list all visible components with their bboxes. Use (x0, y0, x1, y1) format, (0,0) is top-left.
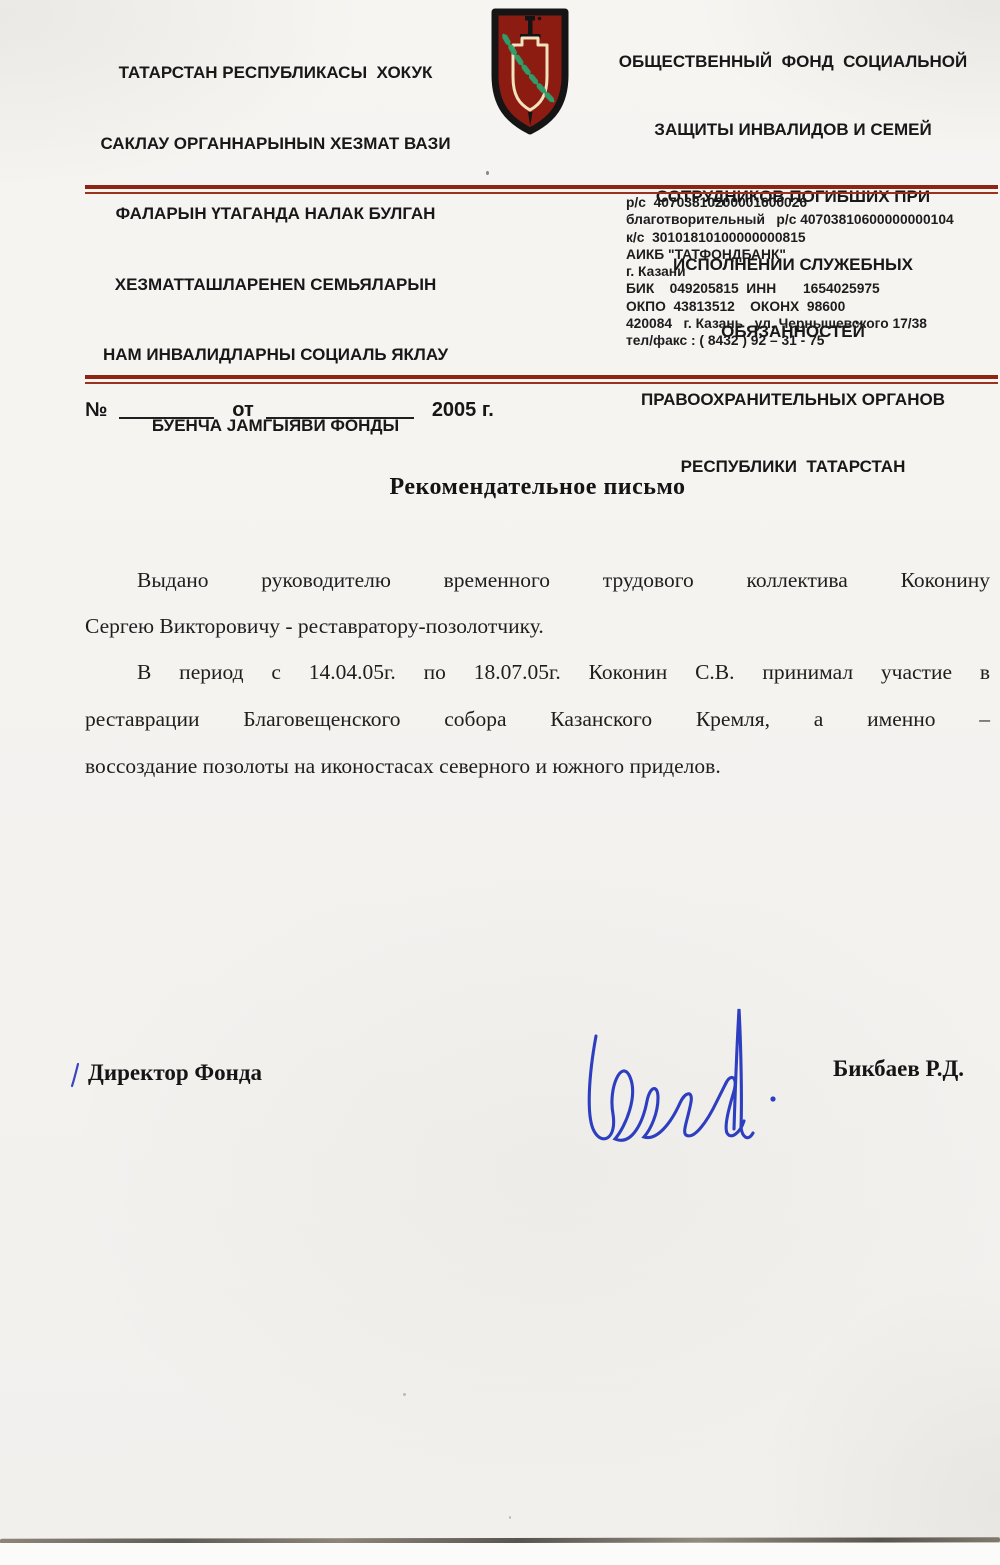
scanner-background-strip (0, 1543, 1000, 1565)
header-line: ТАТАРСТАН РЕСПУБЛИКАСЫ ХОКУК (78, 61, 473, 85)
header-line: САКЛАУ ОРГАННАРЫНЫN ХЕЗМАТ ВАЗИ (78, 132, 473, 156)
body-line: Выдано руководителю временного трудового… (85, 568, 990, 593)
bank-line: ОКПО 43813512 ОКОНХ 98600 (626, 298, 998, 315)
director-label: Директор Фонда (88, 1060, 262, 1086)
signatory-name: Бикбаев Р.Д. (833, 1056, 964, 1082)
header-line: ФАЛАРЫН ҮТАГАНДА НАЛАК БУЛГАН (78, 202, 473, 226)
body-line: В период с 14.04.05г. по 18.07.05г. Коко… (85, 660, 990, 685)
scan-speck (486, 171, 489, 175)
bank-details: р/с 40703810200001600026 благотворительн… (626, 194, 998, 350)
number-blank-line (119, 416, 214, 419)
bank-line: к/с 30101810100000000815 (626, 229, 998, 246)
body-line: Сергею Викторовичу - реставратору-позоло… (85, 614, 990, 639)
scanned-letter-page: ТАТАРСТАН РЕСПУБЛИКАСЫ ХОКУК САКЛАУ ОРГА… (0, 0, 1000, 1565)
top-red-rule (85, 185, 998, 194)
date-blank-line (266, 416, 414, 419)
body-line: реставрации Благовещенского собора Казан… (85, 707, 990, 732)
header-line: ОБЩЕСТВЕННЫЙ ФОНД СОЦИАЛЬНОЙ (593, 51, 993, 74)
handwritten-signature (582, 1002, 788, 1152)
ot-label: от (232, 399, 254, 422)
bank-line: БИК 049205815 ИНН 1654025975 (626, 280, 998, 297)
year-label: 2005 г. (432, 399, 494, 422)
bank-line: благотворительный р/с 407038106000000001… (626, 211, 998, 228)
bank-line: г. Казани (626, 263, 998, 280)
header-line: НАМ ИНВАЛИДЛАРНЫ СОЦИАЛЬ ЯКЛАУ (78, 343, 473, 367)
header-line: ЗАЩИТЫ ИНВАЛИДОВ И СЕМЕЙ (593, 119, 993, 142)
scan-speck (403, 1393, 406, 1396)
reference-line: № от 2005 г. (85, 399, 494, 422)
body-line: воссоздание позолоты на иконостасах севе… (85, 754, 990, 779)
bank-line: 420084 г. Казань ул. Чернышевского 17/38 (626, 315, 998, 332)
bank-line: тел/факс : ( 8432 ) 92 – 31 - 75 (626, 332, 998, 349)
bank-line: АИКБ "ТАТФОНДБАНК" (626, 246, 998, 263)
number-label: № (85, 399, 107, 422)
bank-line: р/с 40703810200001600026 (626, 194, 998, 211)
pen-tick-mark (69, 1061, 81, 1089)
bottom-red-rule (85, 375, 998, 384)
header-line: ХЕЗМАТТАШЛАРЕНЕN СЕМЬЯЛАРЫН (78, 273, 473, 297)
letter-title: Рекомендательное письмо (85, 474, 990, 501)
shield-emblem-icon (486, 7, 574, 137)
header-line: ПРАВООХРАНИТЕЛЬНЫХ ОРГАНОВ (593, 389, 993, 412)
scan-speck (509, 1516, 511, 1519)
